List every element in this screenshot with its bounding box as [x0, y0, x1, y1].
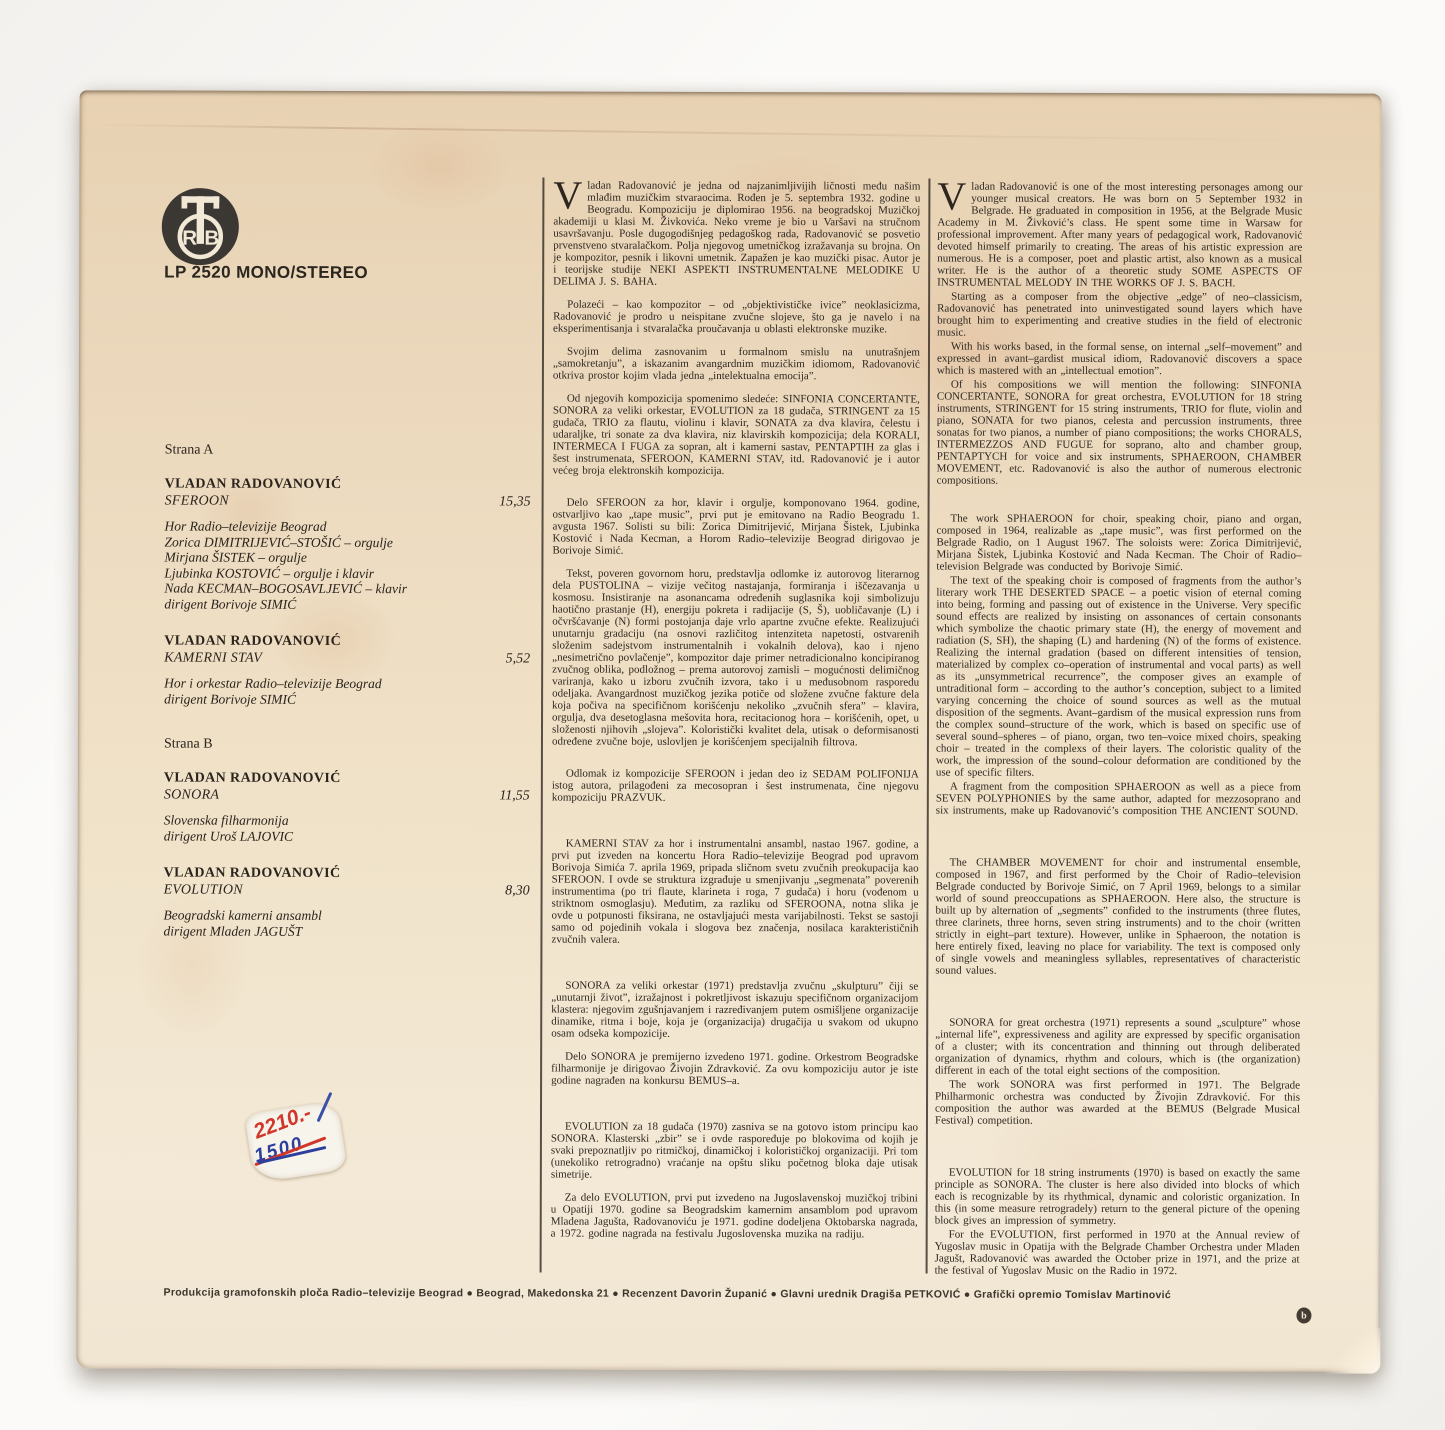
track-title-row: SFEROON 15,35 [165, 494, 531, 511]
production-credits: Produkcija gramofonskih ploča Radio–tele… [164, 1287, 1304, 1302]
paragraph: Svojim delima zasnovanim u formalnom smi… [553, 346, 920, 383]
paragraph: SONORA for great orchestra (1971) repres… [935, 1017, 1300, 1078]
logo-letter-r: R [182, 227, 197, 250]
serbian-notes-column: Vladan Radovanović je jedna od najzaniml… [551, 180, 921, 1241]
paragraph: Od njegovih kompozicija spomenimo sledeć… [553, 393, 920, 478]
performer-line: dirigent Borivoje SIMIĆ [164, 691, 530, 707]
drop-cap: V [553, 180, 587, 211]
drop-cap: V [937, 181, 971, 212]
tracklist: Strana A VLADAN RADOVANOVIĆ SFEROON 15,3… [163, 443, 530, 962]
performer-line: dirigent Mladen JAGUŠT [163, 923, 529, 939]
track-performers: Slovenska filharmonijadirigent Uroš LAJO… [164, 813, 530, 845]
track-title: SONORA [164, 788, 220, 804]
performer-line: Beogradski kamerni ansambl [163, 908, 529, 924]
paper-crease [92, 124, 1342, 142]
paragraph: Delo SFEROON za hor, klavir i orgulje, k… [552, 497, 919, 558]
performer-line: Slovenska filharmonija [164, 813, 530, 829]
rtb-logo: R B [159, 186, 241, 268]
performer-line: dirigent Borivoje SIMIĆ [164, 596, 530, 612]
performer-line: Mirjana ŠISTEK – orgulje [164, 550, 530, 566]
track-composer: VLADAN RADOVANOVIĆ [164, 866, 530, 883]
track-evolution: VLADAN RADOVANOVIĆ EVOLUTION 8,30 Beogra… [163, 866, 529, 940]
paragraph: For the EVOLUTION, first performed in 19… [935, 1229, 1300, 1278]
track-sonora: VLADAN RADOVANOVIĆ SONORA 11,55 Slovensk… [164, 771, 530, 845]
track-duration: 11,55 [499, 788, 530, 804]
track-performers: Hor Radio–televizije BeogradZorica DIMIT… [164, 519, 530, 613]
track-composer: VLADAN RADOVANOVIĆ [165, 477, 531, 494]
record-sleeve: R B LP 2520 MONO/STEREO Strana A VLADAN … [76, 90, 1381, 1371]
track-composer: VLADAN RADOVANOVIĆ [164, 634, 530, 651]
paragraph: Odlomak iz kompozicije SFEROON i jedan d… [552, 768, 919, 805]
track-title-row: EVOLUTION 8,30 [164, 883, 530, 900]
paragraph: The text of the speaking choir is compos… [936, 575, 1302, 780]
performer-line: Ljubinka KOSTOVIĆ – orgulje i klavir [164, 565, 530, 581]
paragraph: KAMERNI STAV za hor i instrumentalni ans… [551, 838, 918, 947]
pressing-mark: b [1296, 1307, 1311, 1323]
track-performers: Hor i orkestar Radio–televizije Beogradd… [164, 676, 530, 708]
track-duration: 5,52 [506, 651, 531, 667]
english-notes-column: Vladan Radovanović is one of the most in… [935, 181, 1303, 1278]
performer-line: Nada KECMAN–BOGOSAVLJEVIĆ – klavir [164, 581, 530, 597]
paragraph: The CHAMBER MOVEMENT for choir and instr… [935, 857, 1300, 978]
track-sferoon: VLADAN RADOVANOVIĆ SFEROON 15,35 Hor Rad… [164, 477, 530, 613]
track-kamerni-stav: VLADAN RADOVANOVIĆ KAMERNI STAV 5,52 Hor… [164, 634, 530, 708]
paragraph: Za delo EVOLUTION, prvi put izvedeno na … [551, 1192, 918, 1241]
column-divider-left [540, 178, 545, 1273]
side-b-label: Strana B [164, 737, 530, 754]
logo-letter-b: B [204, 227, 219, 250]
column-divider-right [926, 179, 931, 1274]
paragraph: Tekst, poveren govornom horu, predstavlj… [552, 568, 919, 749]
paragraph: The work SONORA was first performed in 1… [935, 1079, 1300, 1128]
performer-line: dirigent Uroš LAJOVIC [164, 828, 530, 844]
paragraph: Vladan Radovanović is one of the most in… [937, 181, 1302, 290]
track-title-row: KAMERNI STAV 5,52 [164, 651, 530, 668]
paragraph: SONORA za veliki orkestar (1971) predsta… [551, 980, 918, 1041]
paragraph: EVOLUTION for 18 string instruments (197… [935, 1167, 1300, 1228]
paragraph: A fragment from the composition SPHAEROO… [936, 781, 1301, 818]
english-paragraphs: Starting as a composer from the objectiv… [935, 291, 1303, 1278]
track-title: SFEROON [165, 494, 229, 510]
side-a-label: Strana A [165, 443, 531, 460]
paragraph: The work SPHAEROON for choir, speaking c… [936, 513, 1301, 574]
scanned-lp-back-cover: R B LP 2520 MONO/STEREO Strana A VLADAN … [0, 0, 1445, 1430]
track-composer: VLADAN RADOVANOVIĆ [164, 771, 530, 788]
performer-line: Hor Radio–televizije Beograd [165, 519, 531, 535]
performer-line: Hor i orkestar Radio–televizije Beograd [164, 676, 530, 692]
catalog-number: LP 2520 MONO/STEREO [164, 263, 368, 284]
track-title: EVOLUTION [164, 883, 243, 899]
worn-corner [1320, 1328, 1380, 1374]
paragraph: Starting as a composer from the objectiv… [937, 291, 1302, 340]
performer-line: Zorica DIMITRIJEVIĆ–STOŠIĆ – orgulje [164, 534, 530, 550]
paragraph: Of his compositions we will mention the … [937, 379, 1302, 488]
paragraph: Delo SONORA je premijerno izvedeno 1971.… [551, 1051, 918, 1088]
paragraph: Polazeći – kao kompozitor – od „objektiv… [553, 299, 920, 336]
paragraph-text: ladan Radovanović je jedna od najzanimlj… [553, 180, 920, 288]
price-sticker: 2210.- 1500 [244, 1100, 348, 1184]
serbian-paragraphs: Polazeći – kao kompozitor – od „objektiv… [551, 299, 920, 1241]
track-title-row: SONORA 11,55 [164, 788, 530, 805]
paragraph: With his works based, in the formal sens… [937, 341, 1302, 378]
paragraph: Vladan Radovanović je jedna od najzaniml… [553, 180, 920, 289]
track-duration: 8,30 [505, 883, 530, 899]
track-duration: 15,35 [499, 494, 531, 510]
paragraph: EVOLUTION za 18 gudača (1970) zasniva se… [551, 1121, 918, 1182]
paragraph-text: ladan Radovanović is one of the most int… [937, 181, 1302, 290]
track-title: KAMERNI STAV [164, 651, 262, 667]
track-performers: Beogradski kamerni ansambldirigent Mlade… [163, 908, 529, 940]
